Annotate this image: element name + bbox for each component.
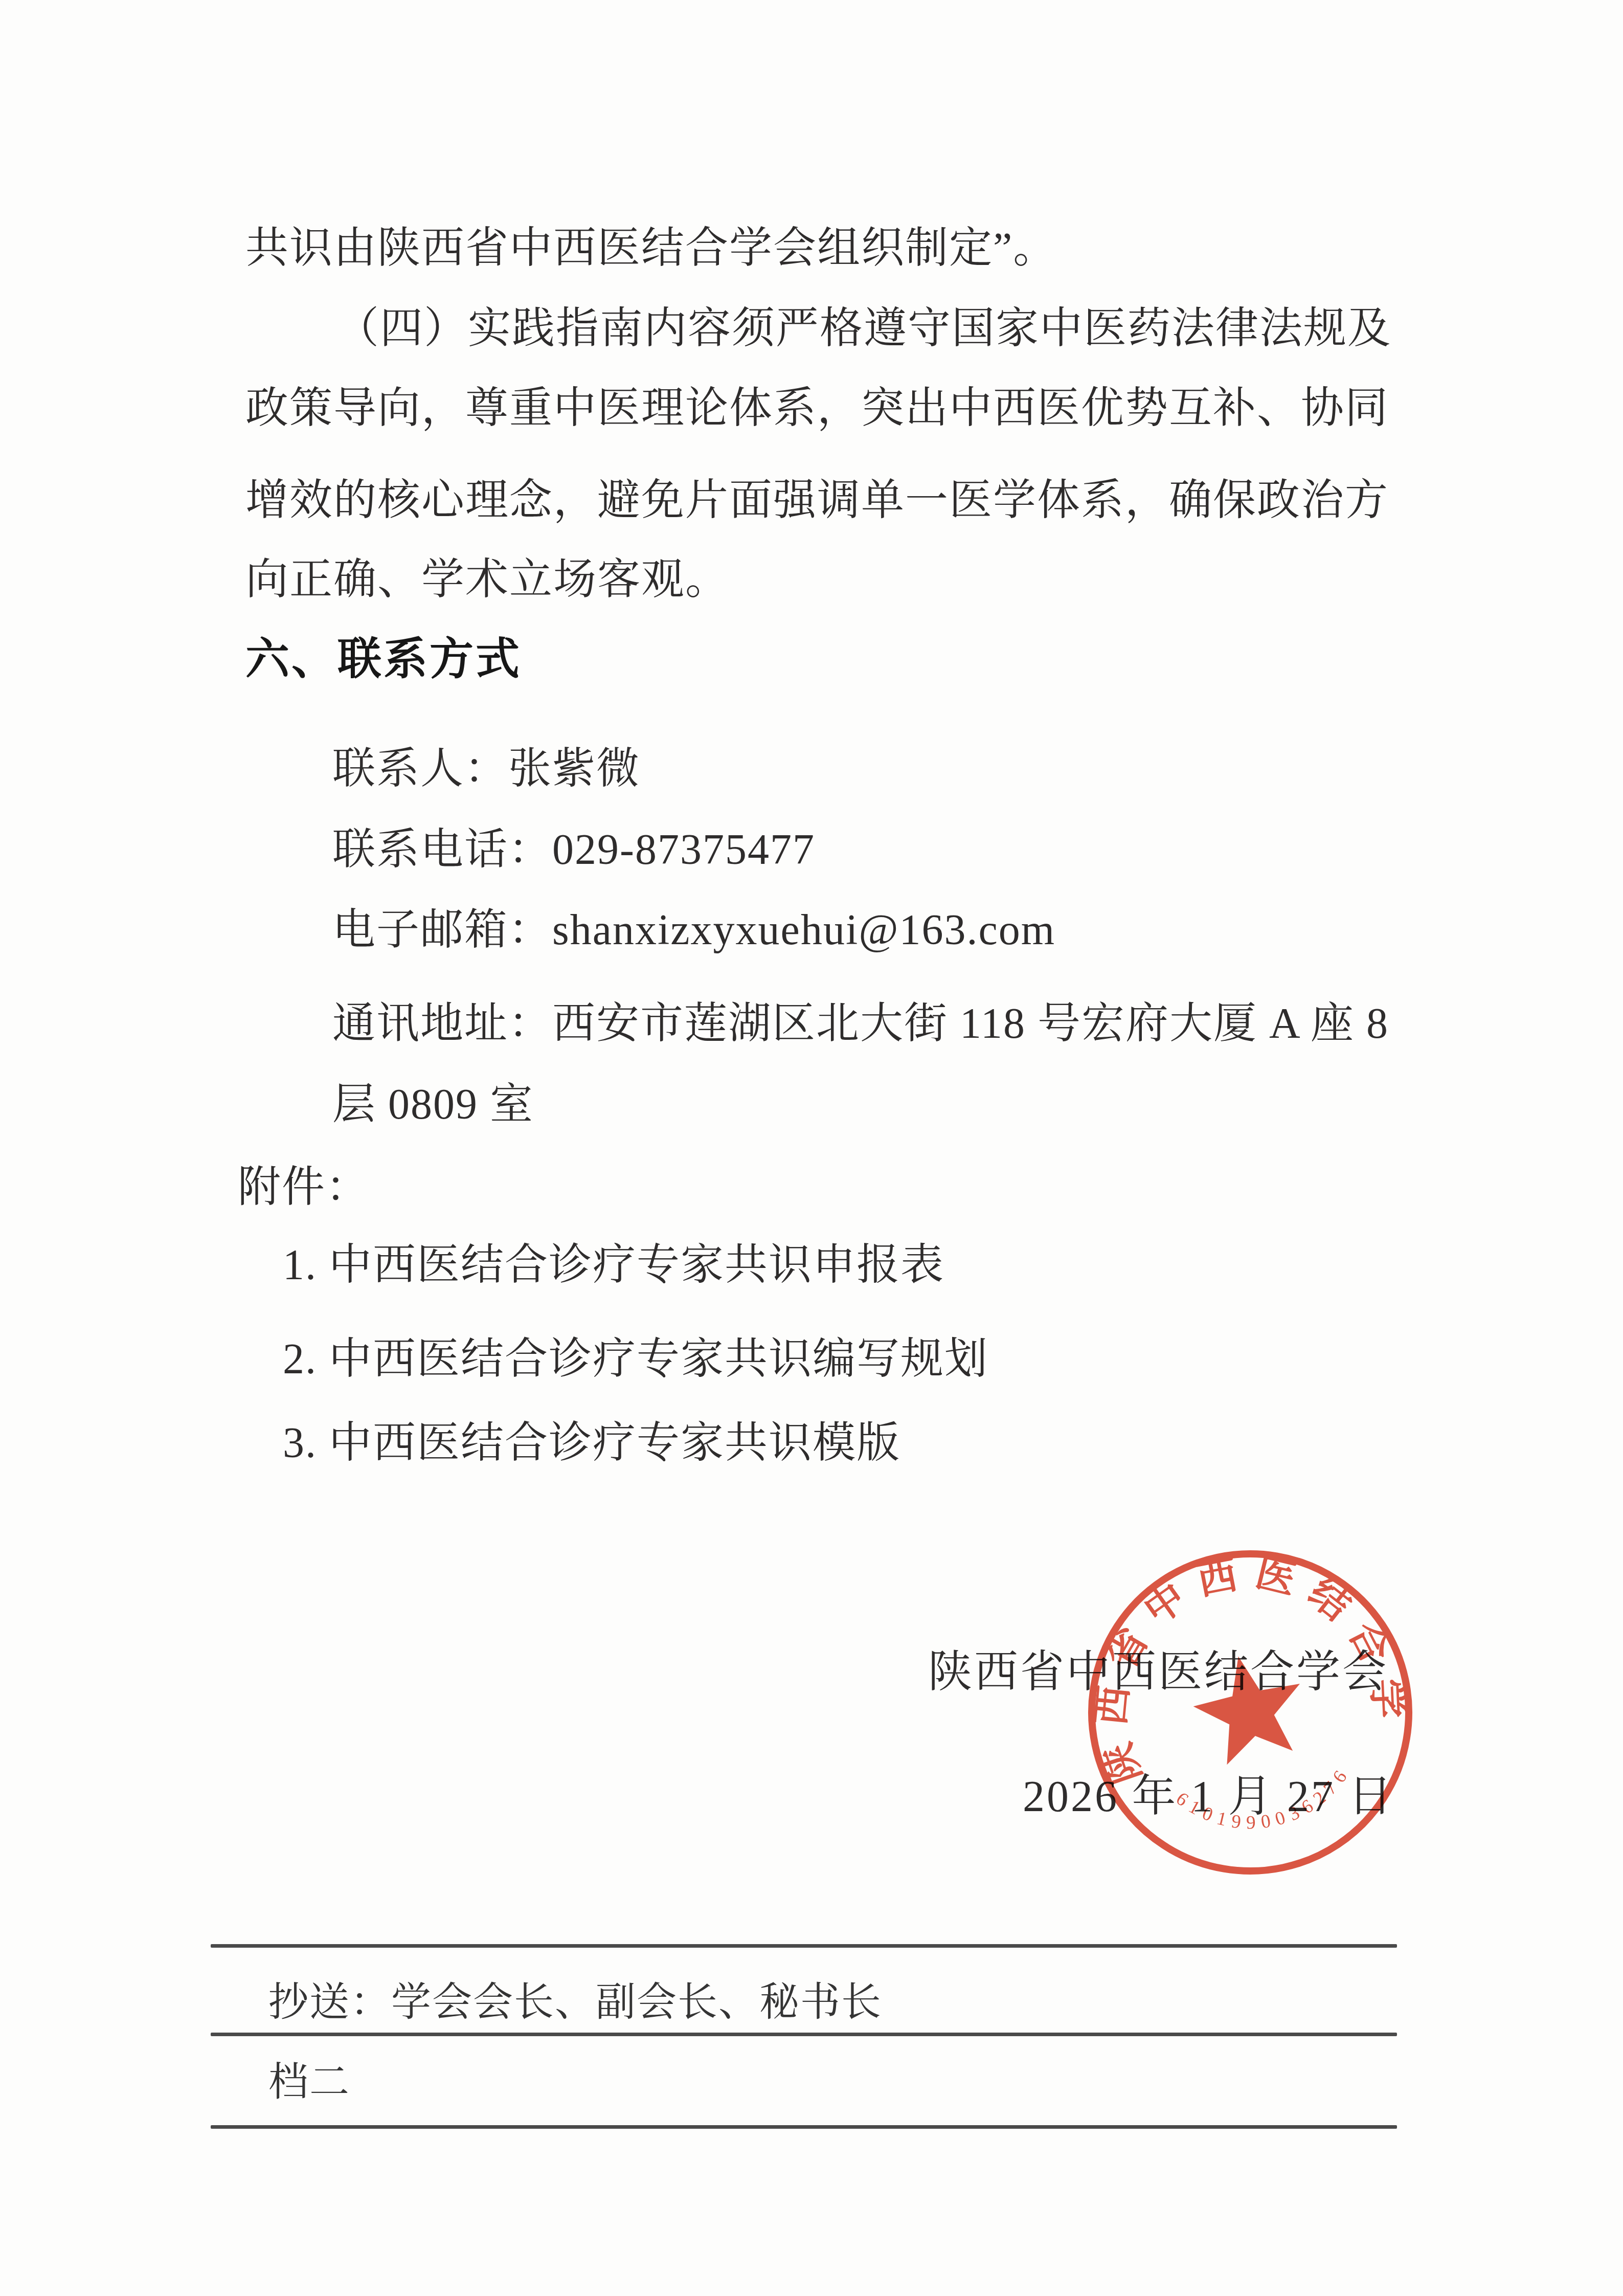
footer-divider-top <box>211 1944 1397 1948</box>
footer-cc-line: 抄送：学会会长、副会长、秘书长 <box>268 1980 882 2024</box>
footer-archive-note: 档二 <box>268 2060 350 2104</box>
contact-person-line: 联系人：张紫微 <box>332 746 640 793</box>
contact-address-line1: 通讯地址：西安市莲湖区北大街 118 号宏府大厦 A 座 8 <box>332 1000 1389 1047</box>
section-heading-contact: 六、联系方式 <box>245 635 522 684</box>
footer-divider-bottom <box>211 2125 1397 2129</box>
paragraph-line-5: 向正确、学术立场客观。 <box>245 556 729 604</box>
attachment-item-1: 1. 中西医结合诊疗专家共识申报表 <box>283 1242 944 1289</box>
seal-serial-number: 6101990036276 <box>1169 1753 1363 1851</box>
paragraph-line-3: 政策导向，尊重中医理论体系，突出中西医优势互补、协同 <box>245 385 1389 432</box>
seal-star-icon <box>1185 1645 1313 1769</box>
attachment-item-3: 3. 中西医结合诊疗专家共识模版 <box>283 1420 900 1467</box>
attachments-label: 附件： <box>238 1164 370 1211</box>
paragraph-line-4: 增效的核心理念，避免片面强调单一医学体系，确保政治方 <box>245 477 1389 524</box>
official-seal: 陕西省中西医结合学会 6101990036276 <box>1002 1464 1499 1961</box>
paragraph-line-2: （四）实践指南内容须严格遵守国家中医药法律法规及 <box>336 305 1391 352</box>
scanned-official-document-page: 共识由陕西省中西医结合学会组织制定”。 （四）实践指南内容须严格遵守国家中医药法… <box>0 0 1623 2296</box>
contact-email-line: 电子邮箱：shanxizxyxuehui@163.com <box>332 907 1055 954</box>
contact-phone-line: 联系电话：029-87375477 <box>332 827 815 874</box>
paragraph-line-1: 共识由陕西省中西医结合学会组织制定”。 <box>245 225 1057 272</box>
attachment-item-2: 2. 中西医结合诊疗专家共识编写规划 <box>283 1336 988 1383</box>
seal-serial-holder: 6101990036276 <box>1169 1753 1363 1851</box>
contact-address-line2: 层 0809 室 <box>332 1081 534 1128</box>
footer-divider-middle <box>211 2033 1397 2036</box>
